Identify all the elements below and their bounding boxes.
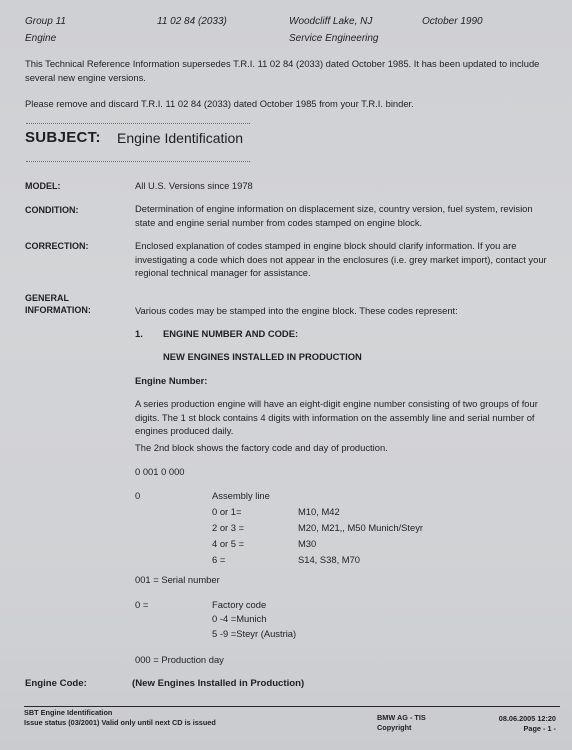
header-date: October 1990 xyxy=(422,16,483,27)
footer-doc-title: SBT Engine Identification xyxy=(24,708,112,718)
condition-text: Determination of engine information on d… xyxy=(135,202,540,229)
group-label: Group 11 xyxy=(25,16,66,27)
document-page: Group 11 Engine 11 02 84 (2033) Woodclif… xyxy=(0,0,572,750)
divider xyxy=(26,123,250,124)
factory-row: 0 -4 =Munich xyxy=(212,612,266,626)
condition-label: CONDITION: xyxy=(25,205,79,215)
footer-page-number: Page - 1 - xyxy=(524,724,556,734)
assembly-key: 6 = xyxy=(212,553,225,567)
tri-number: 11 02 84 (2033) xyxy=(157,16,227,27)
production-day-line: 000 = Production day xyxy=(135,653,224,667)
footer-company: BMW AG - TIS xyxy=(377,713,426,723)
general-label-line1: GENERAL xyxy=(25,293,69,303)
factory-row: 5 -9 =Steyr (Austria) xyxy=(212,627,296,641)
serial-number-line: 001 = Serial number xyxy=(135,573,220,587)
general-label-line2: INFORMATION: xyxy=(25,305,91,315)
subject-value: Engine Identification xyxy=(117,130,243,146)
engine-number-description: A series production engine will have an … xyxy=(135,397,540,438)
assembly-key: 0 or 1= xyxy=(212,505,241,519)
factory-code: 0 = xyxy=(135,598,148,612)
engine-number-heading: Engine Number: xyxy=(135,374,207,388)
department: Service Engineering xyxy=(289,33,379,44)
correction-label: CORRECTION: xyxy=(25,241,89,251)
correction-text: Enclosed explanation of codes stamped in… xyxy=(135,239,555,280)
footer-timestamp: 08.06.2005 12:20 xyxy=(499,714,556,724)
supersedes-notice: This Technical Reference Information sup… xyxy=(25,57,550,84)
model-text: All U.S. Versions since 1978 xyxy=(135,179,253,193)
engine-number-description-2: The 2nd block shows the factory code and… xyxy=(135,441,388,455)
assembly-value: M20, M21,, M50 Munich/Steyr xyxy=(298,521,423,535)
item-title: ENGINE NUMBER AND CODE: xyxy=(163,327,298,341)
factory-label: Factory code xyxy=(212,598,266,612)
assembly-label: Assembly line xyxy=(212,489,270,503)
group-sub-label: Engine xyxy=(25,33,56,44)
assembly-value: M10, M42 xyxy=(298,505,340,519)
model-label: MODEL: xyxy=(25,181,61,191)
footer-issue-status: Issue status (03/2001) Valid only until … xyxy=(24,718,216,728)
assembly-value: M30 xyxy=(298,537,316,551)
sub-title: NEW ENGINES INSTALLED IN PRODUCTION xyxy=(163,350,362,364)
general-text: Various codes may be stamped into the en… xyxy=(135,304,458,318)
assembly-code: 0 xyxy=(135,489,140,503)
item-number: 1. xyxy=(135,327,143,341)
engine-code-label: Engine Code: xyxy=(25,678,87,689)
location: Woodcliff Lake, NJ xyxy=(289,16,372,27)
divider xyxy=(26,161,250,162)
assembly-key: 4 or 5 = xyxy=(212,537,244,551)
footer-rule xyxy=(24,706,560,707)
engine-number-example: 0 001 0 000 xyxy=(135,465,185,479)
subject-label: SUBJECT: xyxy=(25,129,101,146)
assembly-value: S14, S38, M70 xyxy=(298,553,360,567)
remove-notice: Please remove and discard T.R.I. 11 02 8… xyxy=(25,97,414,111)
engine-code-value: (New Engines Installed in Production) xyxy=(132,678,304,689)
footer-copyright: Copyright xyxy=(377,723,411,733)
assembly-key: 2 or 3 = xyxy=(212,521,244,535)
